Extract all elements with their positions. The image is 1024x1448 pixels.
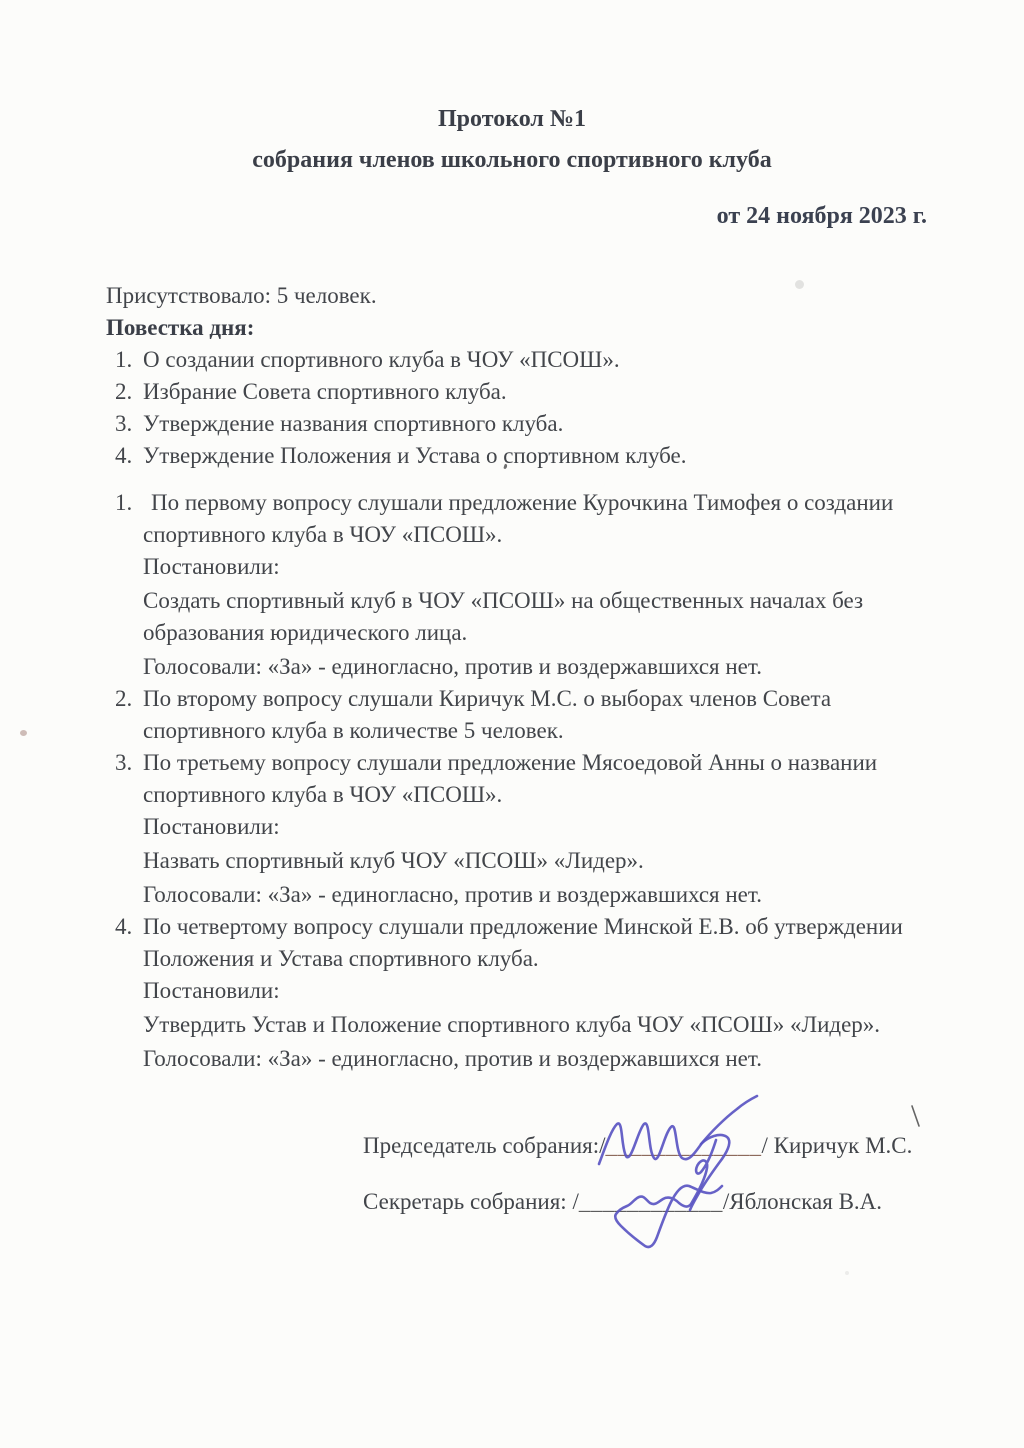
agenda-item-number: 1. <box>106 344 143 376</box>
proceedings-item-body: По четвертому вопросу слушали предложени… <box>143 911 918 1075</box>
proceedings-item: 4. По четвертому вопросу слушали предлож… <box>106 911 918 1075</box>
document-body: Присутствовало: 5 человек. Повестка дня:… <box>106 280 918 1075</box>
proceedings-item: 3. По третьему вопросу слушали предложен… <box>106 747 918 911</box>
item-resolution: Назвать спортивный клуб ЧОУ «ПСОШ» «Лиде… <box>143 845 918 877</box>
proceedings-item: 1. По первому вопросу слушали предложени… <box>106 487 918 683</box>
item-lead: По четвертому вопросу слушали предложени… <box>143 911 918 975</box>
agenda-item: 2. Избрание Совета спортивного клуба. <box>106 376 918 408</box>
agenda-heading: Повестка дня: <box>106 312 918 344</box>
proceedings-item-body: По третьему вопросу слушали предложение … <box>143 747 918 911</box>
scanned-protocol-document: Протокол №1 собрания членов школьного сп… <box>0 0 1024 1448</box>
secretary-signature-line: ____________ <box>579 1189 723 1214</box>
agenda-item: 3. Утверждение названия спортивного клуб… <box>106 408 918 440</box>
signature-block: Председатель собрания:/_____________/ Ки… <box>363 1131 963 1217</box>
agenda-item-text: О создании спортивного клуба в ЧОУ «ПСОШ… <box>143 344 918 376</box>
item-resolution-label: Постановили: <box>143 811 918 843</box>
item-vote: Голосовали: «За» - единогласно, против и… <box>143 1043 918 1075</box>
proceedings-item-number: 4. <box>106 911 143 1075</box>
document-title: Протокол №1 <box>0 103 1024 135</box>
secretary-signature-row: Секретарь собрания: /____________/Яблонс… <box>363 1187 963 1217</box>
chairman-signature-row: Председатель собрания:/_____________/ Ки… <box>363 1131 963 1161</box>
proceedings-item-body: По первому вопросу слушали предложение К… <box>143 487 918 683</box>
agenda-item-number: 4. <box>106 440 143 472</box>
item-resolution-label: Постановили: <box>143 551 918 583</box>
document-subtitle: собрания членов школьного спортивного кл… <box>0 144 1024 176</box>
agenda-item-text: Избрание Совета спортивного клуба. <box>143 376 918 408</box>
agenda-item: 1. О создании спортивного клуба в ЧОУ «П… <box>106 344 918 376</box>
item-lead: По первому вопросу слушали предложение К… <box>143 487 918 551</box>
scan-speck <box>20 730 27 736</box>
agenda-item-text: Утверждение Положения и Устава о спортив… <box>143 440 918 472</box>
item-resolution: Создать спортивный клуб в ЧОУ «ПСОШ» на … <box>143 585 918 649</box>
proceedings-item-number: 3. <box>106 747 143 911</box>
proceedings-item-body: По второму вопросу слушали Киричук М.С. … <box>143 683 918 747</box>
document-date: от 24 ноября 2023 г. <box>0 200 927 232</box>
item-vote: Голосовали: «За» - единогласно, против и… <box>143 651 918 683</box>
chairman-name: / Киричук М.С. <box>762 1133 913 1158</box>
item-vote: Голосовали: «За» - единогласно, против и… <box>143 879 918 911</box>
item-resolution: Утвердить Устав и Положение спортивного … <box>143 1009 918 1041</box>
stray-pen-mark <box>912 1106 919 1126</box>
item-resolution-label: Постановили: <box>143 975 918 1007</box>
scan-speck <box>795 280 804 289</box>
item-lead: По третьему вопросу слушали предложение … <box>143 747 918 811</box>
secretary-name: /Яблонская В.А. <box>723 1189 882 1214</box>
chairman-signature-line: _____________ <box>606 1133 762 1158</box>
proceedings-item-number: 2. <box>106 683 143 747</box>
agenda-item-number: 2. <box>106 376 143 408</box>
item-lead: По второму вопросу слушали Киричук М.С. … <box>143 683 918 747</box>
agenda-item-text: Утверждение названия спортивного клуба. <box>143 408 918 440</box>
chairman-label: Председатель собрания:/ <box>363 1133 606 1158</box>
secretary-label: Секретарь собрания: / <box>363 1189 579 1214</box>
proceedings-item-number: 1. <box>106 487 143 683</box>
scan-speck <box>845 1271 849 1275</box>
document-header: Протокол №1 собрания членов школьного сп… <box>0 0 1024 232</box>
agenda-item: 4. Утверждение Положения и Устава о спор… <box>106 440 918 472</box>
agenda-item-number: 3. <box>106 408 143 440</box>
proceedings-item: 2. По второму вопросу слушали Киричук М.… <box>106 683 918 747</box>
section-gap <box>106 472 918 487</box>
